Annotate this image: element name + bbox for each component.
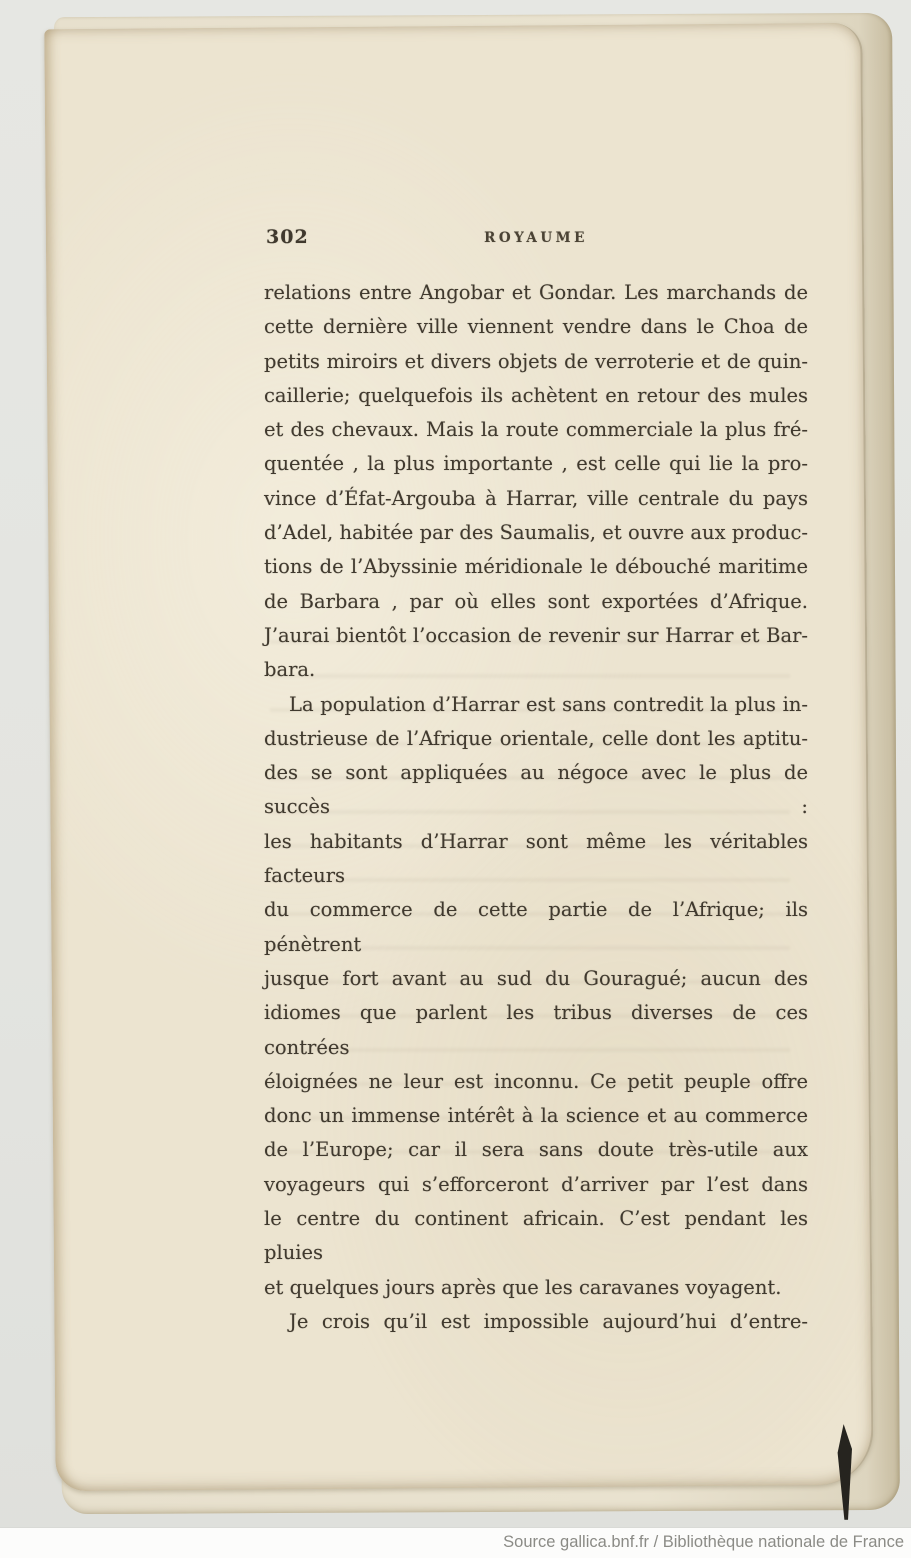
body-text: relations entre Angobar et Gondar. Les m… <box>264 276 808 1339</box>
text-line: et quelques jours après que les caravane… <box>264 1271 808 1305</box>
text-line: des se sont appliquées au négoce avec le… <box>264 756 808 825</box>
text-line: le centre du continent africain. C’est p… <box>264 1202 808 1271</box>
text-line: éloignées ne leur est inconnu. Ce petit … <box>264 1065 808 1099</box>
text-line: La population d’Harrar est sans contredi… <box>264 688 808 722</box>
text-line: caillerie; quelquefois ils achètent en r… <box>264 379 808 413</box>
text-line: petits miroirs et divers objets de verro… <box>264 345 808 379</box>
text-line: vince d’Éfat-Argouba à Harrar, ville cen… <box>264 482 808 516</box>
text-line: de l’Europe; car il sera sans doute très… <box>264 1133 808 1167</box>
text-line: cette dernière ville viennent vendre dan… <box>264 310 808 344</box>
text-line: relations entre Angobar et Gondar. Les m… <box>264 276 808 310</box>
text-line: les habitants d’Harrar sont même les vér… <box>264 825 808 894</box>
source-attribution-bar: Source gallica.bnf.fr / Bibliothèque nat… <box>0 1527 911 1558</box>
source-label: Source gallica.bnf.fr / Bibliothèque nat… <box>503 1533 911 1551</box>
text-line: voyageurs qui s’efforceront d’arriver pa… <box>264 1168 808 1202</box>
text-line: J’aurai bientôt l’occasion de revenir su… <box>264 619 808 653</box>
text-line: tions de l’Abyssinie méridionale le débo… <box>264 550 808 584</box>
text-line: Je crois qu’il est impossible aujourd’hu… <box>264 1305 808 1339</box>
scan-backdrop: 302 ROYAUME relations entre Angobar et G… <box>0 0 911 1558</box>
running-title: ROYAUME <box>264 230 808 246</box>
text-line: donc un immense intérêt à la science et … <box>264 1099 808 1133</box>
page-header: 302 ROYAUME <box>264 224 808 252</box>
text-line: de Barbara , par où elles sont exportées… <box>264 585 808 619</box>
text-line: d’Adel, habitée par des Saumalis, et ouv… <box>264 516 808 550</box>
text-line: du commerce de cette partie de l’Afrique… <box>264 893 808 962</box>
text-line: bara. <box>264 653 808 687</box>
text-line: idiomes que parlent les tribus diverses … <box>264 996 808 1065</box>
text-line: dustrieuse de l’Afrique orientale, celle… <box>264 722 808 756</box>
text-line: jusque fort avant au sud du Gouragué; au… <box>264 962 808 996</box>
printed-text-block: 302 ROYAUME relations entre Angobar et G… <box>264 224 808 1339</box>
text-line: quentée , la plus importante , est celle… <box>264 447 808 481</box>
text-line: et des chevaux. Mais la route commercial… <box>264 413 808 447</box>
